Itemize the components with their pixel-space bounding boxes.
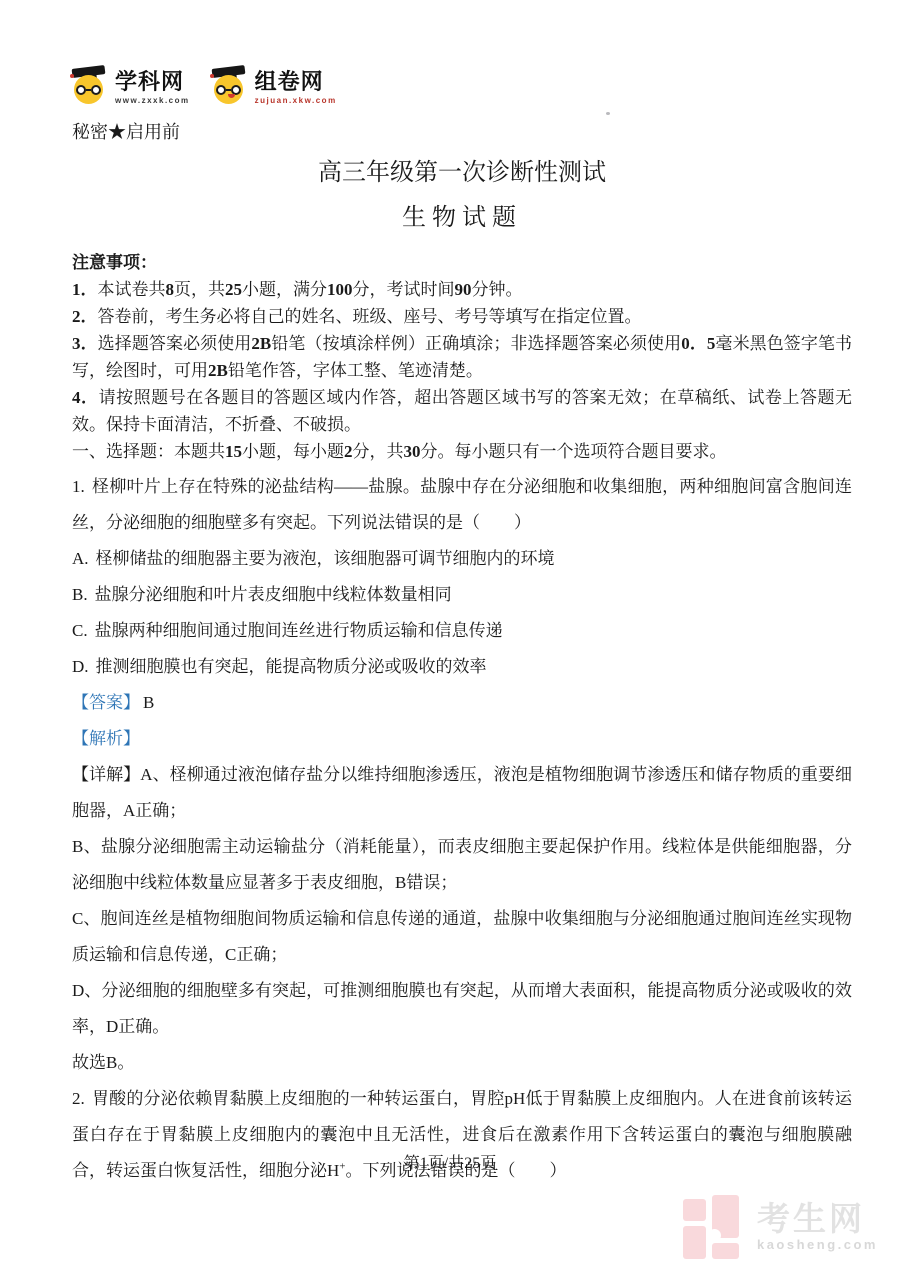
notice-block: 注意事项： 1．本试卷共8页，共25小题，满分100分，考试时间90分钟。 2．… [72,249,852,465]
analysis-line: 【解析】 [72,721,852,757]
analysis-label: 【解析】 [72,729,140,748]
mascot-face-icon [74,75,103,104]
xuekewang-mascot-icon [72,64,110,108]
answer-label: 【答案】 [72,693,140,712]
glasses-eye-icon [216,85,226,95]
mascot-face-icon [214,75,243,104]
notice-heading: 注意事项： [72,249,852,276]
question-1-option-d: D.推测细胞膜也有突起，能提高物质分泌或吸收的效率 [72,649,852,685]
confidential-label: 秘密★启用前 [72,120,852,144]
section-heading: 一、选择题：本题共15小题，每小题2分，共30分。每小题只有一个选项符合题目要求… [72,438,852,465]
watermark-domain: kaosheng.com [757,1237,878,1252]
glasses-eye-icon [91,85,101,95]
question-1-option-c: C.盐腺两种细胞间通过胞间连丝进行物质运输和信息传递 [72,613,852,649]
conclusion-line: 故选B。 [72,1045,852,1081]
kaosheng-watermark: 考生网 kaosheng.com [683,1195,878,1259]
xuekewang-logo-name: 学科网 [115,70,190,94]
question-1-option-b: B.盐腺分泌细胞和叶片表皮细胞中线粒体数量相同 [72,577,852,613]
answer-value: B [143,693,154,712]
header-logos: 学科网 www.zxxk.com 组卷网 zujuan.xkw.com [72,64,852,112]
glasses-eye-icon [76,85,86,95]
zujuanwang-mascot-icon [212,64,250,108]
question-1-stem: 1.柽柳叶片上存在特殊的泌盐结构——盐腺。盐腺中存在分泌细胞和收集细胞，两种细胞… [72,469,852,541]
answer-line: 【答案】B [72,685,852,721]
tassel-icon [70,74,74,78]
detail-paragraph-a: 【详解】A、柽柳通过液泡储存盐分以维持细胞渗透压，液泡是植物细胞调节渗透压和储存… [72,757,852,829]
detail-label: 【详解】 [72,765,140,784]
notice-item-3: 3．选择题答案必须使用2B铅笔（按填涂样例）正确填涂；非选择题答案必须使用0．5… [72,330,852,384]
glasses-bridge-icon [86,89,91,91]
detail-paragraph-c: C、胞间连丝是植物细胞间物质运输和信息传递的通道，盐腺中收集细胞与分泌细胞通过胞… [72,901,852,973]
notice-item-2: 2．答卷前，考生务必将自己的姓名、班级、座号、考号等填写在指定位置。 [72,303,852,330]
page-number: 第1页/共25页 [0,1150,900,1173]
question-2-number: 2. [72,1089,85,1108]
detail-paragraph-b: B、盐腺分泌细胞需主动运输盐分（消耗能量），而表皮细胞主要起保护作用。线粒体是供… [72,829,852,901]
tongue-icon [228,94,235,98]
tassel-icon [210,74,214,78]
doc-title: 高三年级第一次诊断性测试 [72,158,852,188]
question-1-option-a: A.柽柳储盐的细胞器主要为液泡，该细胞器可调节细胞内的环境 [72,541,852,577]
exam-paper-page: 学科网 www.zxxk.com 组卷网 zujuan.xkw.com [0,0,900,1273]
zujuanwang-logo: 组卷网 zujuan.xkw.com [212,64,337,108]
xuekewang-logo: 学科网 www.zxxk.com [72,64,190,108]
notice-item-1: 1．本试卷共8页，共25小题，满分100分，考试时间90分钟。 [72,276,852,303]
scan-speck [606,112,610,115]
glasses-bridge-icon [226,89,231,91]
question-1-number: 1. [72,477,85,496]
watermark-name: 考生网 [757,1202,865,1236]
xuekewang-logo-url: www.zxxk.com [115,96,190,105]
kaosheng-logo-icon [683,1195,745,1259]
questions-block: 1.柽柳叶片上存在特殊的泌盐结构——盐腺。盐腺中存在分泌细胞和收集细胞，两种细胞… [72,469,852,1189]
doc-subtitle: 生物试题 [72,203,852,233]
notice-item-4: 4．请按照题号在各题目的答题区域内作答，超出答题区域书写的答案无效；在草稿纸、试… [72,384,852,438]
zujuanwang-logo-url: zujuan.xkw.com [255,96,337,105]
zujuanwang-logo-name: 组卷网 [255,70,337,94]
detail-paragraph-d: D、分泌细胞的细胞壁多有突起，可推测细胞膜也有突起，从而增大表面积，能提高物质分… [72,973,852,1045]
